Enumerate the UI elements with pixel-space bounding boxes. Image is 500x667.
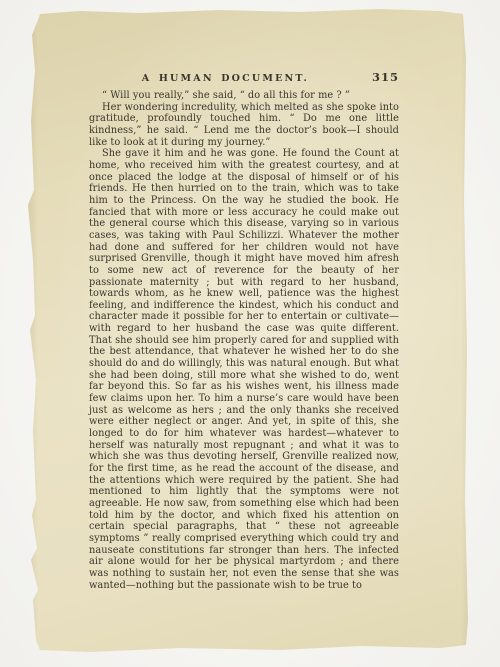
paragraph-response: Her wondering incredulity, which melted … bbox=[89, 102, 399, 149]
paragraph-dialogue: “ Will you really,” she said, “ do all t… bbox=[89, 90, 399, 102]
running-title: A HUMAN DOCUMENT. bbox=[142, 73, 309, 84]
running-header: A HUMAN DOCUMENT. 315 bbox=[89, 72, 399, 86]
paragraph-narrative: She gave it him and he was gone. He foun… bbox=[89, 148, 399, 591]
book-page: A HUMAN DOCUMENT. 315 “ Will you really,… bbox=[28, 8, 469, 653]
page-number: 315 bbox=[372, 70, 399, 84]
body-text: “ Will you really,” she said, “ do all t… bbox=[89, 90, 399, 591]
